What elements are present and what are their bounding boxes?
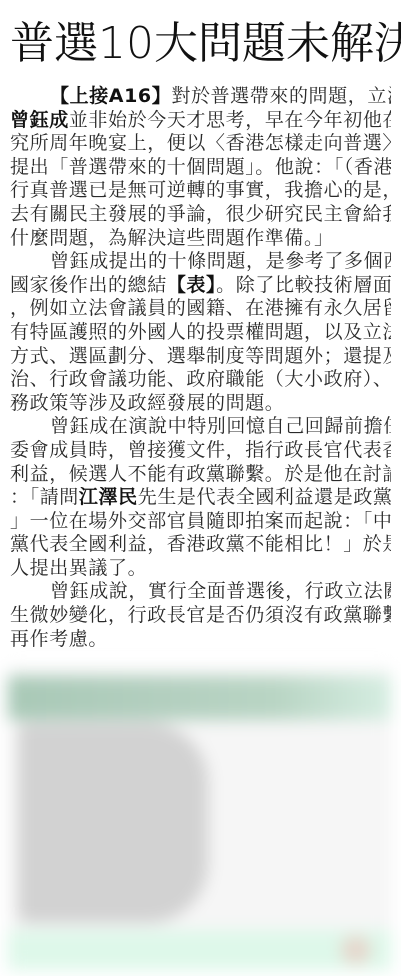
body-text: 有特區護照的外國人的投票權問題，以及立法會選舉 <box>10 321 391 343</box>
article-line: 曾鈺成提出的十條問題，是參考了多個西方民主 <box>10 250 391 274</box>
body-text: ：「請問 <box>10 486 79 508</box>
article-line: 提出「普選帶來的十個問題」。他說：「（香港）實 <box>10 156 391 180</box>
article-line: 再作考慮。 <box>10 628 391 652</box>
bold-text: 【表】 <box>167 274 216 296</box>
body-text: 行真普選已是無可逆轉的事實，我擔心的是，香港過 <box>10 179 391 201</box>
article-line: 務政策等涉及政經發展的問題。 <box>10 392 391 416</box>
article-line: 國家後作出的總結【表】。除了比較技術層面的問題 <box>10 274 391 298</box>
body-text: 。除了比較技術層面的問題 <box>216 274 391 296</box>
body-text: 曾鈺成提出的十條問題，是參考了多個西方民主 <box>50 250 391 272</box>
headline: 普選10大問題未解決 <box>10 14 395 74</box>
article-line: 治、行政會議功能、政府職能（大小政府）、以及稅 <box>10 368 391 392</box>
article-line: 【上接A16】對於普選帶來的問題，立法會主席 <box>10 85 391 109</box>
body-text: 提出「普選帶來的十個問題」。他說：「（香港）實 <box>10 156 391 178</box>
body-text: 對於普選帶來的問題，立法會主席 <box>171 85 391 107</box>
body-text: ，例如立法會議員的國籍、在港擁有永久居留權卻沒 <box>10 297 391 319</box>
article-line: 利益，候選人不能有政黨聯繫。於是他在討論時提問 <box>10 463 391 487</box>
article-line: ，例如立法會議員的國籍、在港擁有永久居留權卻沒 <box>10 297 391 321</box>
body-text: 務政策等涉及政經發展的問題。 <box>10 392 284 414</box>
body-text: 曾鈺成說，實行全面普選後，行政立法關係會產 <box>50 580 391 602</box>
article-line: 去有關民主發展的爭論，很少研究民主會給我們帶來 <box>10 203 391 227</box>
blurred-table-footer <box>8 930 391 970</box>
article-line: 方式、選區劃分、選舉制度等問題外；還提及政黨政 <box>10 345 391 369</box>
body-text: 生微妙變化，行政長官是否仍須沒有政黨聯繫，必須 <box>10 604 391 626</box>
body-text: 方式、選區劃分、選舉制度等問題外；還提及政黨政 <box>10 345 391 367</box>
article-line: 」一位在場外交部官員隨即拍案而起說：「中國共產 <box>10 510 391 534</box>
body-text: 利益，候選人不能有政黨聯繫。於是他在討論時提問 <box>10 463 391 485</box>
body-text: 治、行政會議功能、政府職能（大小政府）、以及稅 <box>10 368 391 390</box>
body-text: 並非始於今天才思考，早在今年初他在政策研 <box>69 109 391 131</box>
bold-text: 江澤民 <box>79 486 138 508</box>
article-line: 什麼問題，為解決這些問題作準備。」 <box>10 227 391 251</box>
blurred-table-shading <box>18 723 208 923</box>
body-text: 什麼問題，為解決這些問題作準備。」 <box>10 227 334 249</box>
body-text: 黨代表全國利益，香港政黨不能相比！」於是再沒有 <box>10 533 391 555</box>
body-text: 究所周年晚宴上，便以〈香港怎樣走向普選〉為題， <box>10 132 391 154</box>
body-text: 先生是代表全國利益還是政黨利益？ <box>138 486 391 508</box>
article-line: 生微妙變化，行政長官是否仍須沒有政黨聯繫，必須 <box>10 604 391 628</box>
blurred-table-image <box>8 668 391 970</box>
article-line: 曾鈺成並非始於今天才思考，早在今年初他在政策研 <box>10 109 391 133</box>
article-line: ：「請問江澤民先生是代表全國利益還是政黨利益？ <box>10 486 391 510</box>
body-text: 人提出異議了。 <box>10 557 147 579</box>
body-text: 去有關民主發展的爭論，很少研究民主會給我們帶來 <box>10 203 391 225</box>
article-line: 黨代表全國利益，香港政黨不能相比！」於是再沒有 <box>10 533 391 557</box>
article-line: 有特區護照的外國人的投票權問題，以及立法會選舉 <box>10 321 391 345</box>
blurred-table-header <box>8 676 391 720</box>
blurred-table-logo <box>341 936 371 964</box>
article-line: 行真普選已是無可逆轉的事實，我擔心的是，香港過 <box>10 179 391 203</box>
bold-text: 【上接A16】 <box>50 85 171 107</box>
body-text: 再作考慮。 <box>10 628 108 650</box>
body-text: 國家後作出的總結 <box>10 274 167 296</box>
article-line: 人提出異議了。 <box>10 557 391 581</box>
body-text: 曾鈺成在演說中特別回憶自己回歸前擔任特區籌 <box>50 415 391 437</box>
body-text: 」一位在場外交部官員隨即拍案而起說：「中國共產 <box>10 510 391 532</box>
article-line: 曾鈺成在演說中特別回憶自己回歸前擔任特區籌 <box>10 415 391 439</box>
article-line: 究所周年晚宴上，便以〈香港怎樣走向普選〉為題， <box>10 132 391 156</box>
body-text: 委會成員時，曾接獲文件，指行政長官代表香港整體 <box>10 439 391 461</box>
article-line: 曾鈺成說，實行全面普選後，行政立法關係會產 <box>10 580 391 604</box>
article-body: 【上接A16】對於普選帶來的問題，立法會主席曾鈺成並非始於今天才思考，早在今年初… <box>10 85 391 651</box>
bold-text: 曾鈺成 <box>10 109 69 131</box>
article-line: 委會成員時，曾接獲文件，指行政長官代表香港整體 <box>10 439 391 463</box>
